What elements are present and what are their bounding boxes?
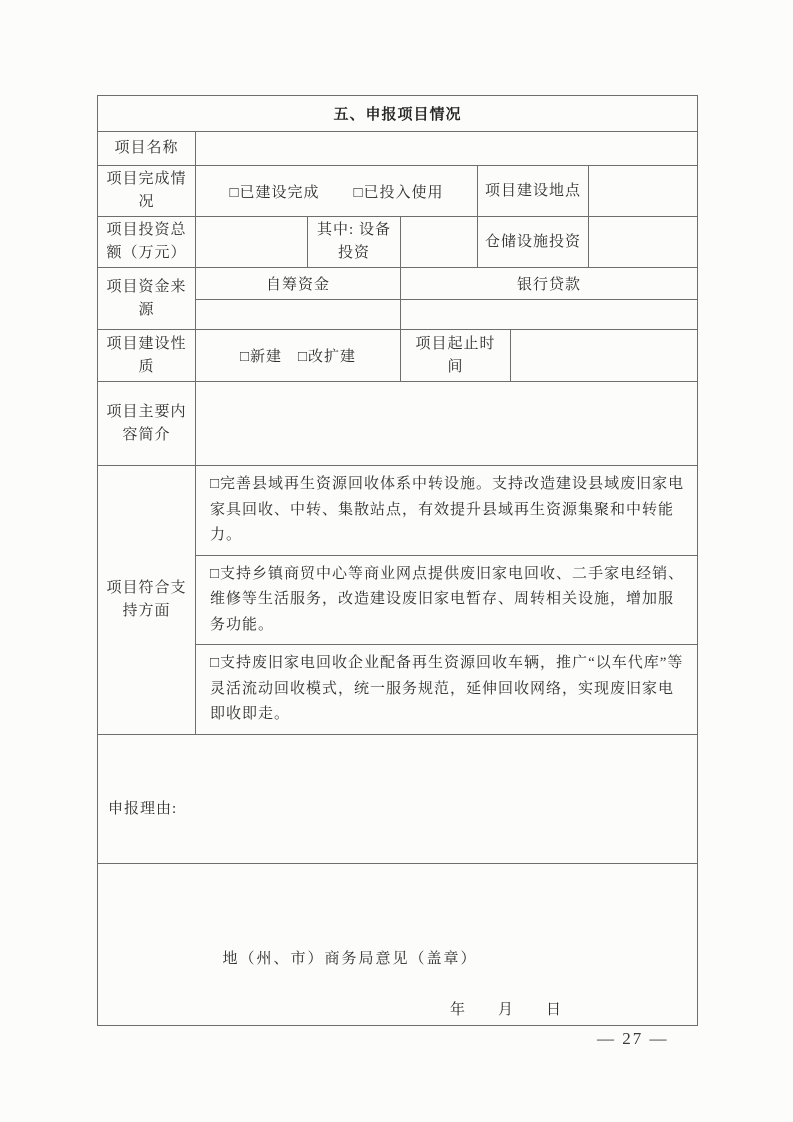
self-raised-funds-header: 自筹资金 — [196, 268, 401, 300]
total-investment-label: 项目投资总额（万元） — [98, 217, 196, 268]
application-reason-cell: 申报理由: — [98, 734, 698, 863]
project-period-field — [511, 330, 698, 382]
completion-options-cell: □已建设完成 □已投入使用 — [196, 166, 478, 217]
application-form-table: 五、申报项目情况 项目名称 项目完成情况 □已建设完成 □已投入使用 项目建设地… — [97, 95, 698, 1026]
scanned-form-page: 五、申报项目情况 项目名称 项目完成情况 □已建设完成 □已投入使用 项目建设地… — [0, 0, 793, 1122]
bureau-opinion-cell: 地（州、市）商务局意见（盖章） 年 月 日 — [98, 863, 698, 1025]
main-content-summary-label: 项目主要内容简介 — [98, 382, 196, 466]
storage-investment-label: 仓储设施投资 — [478, 217, 589, 268]
main-content-summary-field — [196, 382, 698, 466]
checkbox-in-use: □已投入使用 — [354, 181, 444, 202]
project-period-label: 项目起止时间 — [401, 330, 511, 382]
project-name-label: 项目名称 — [98, 132, 196, 166]
nature-options: □新建 □改扩建 — [196, 345, 400, 366]
form-section-title: 五、申报项目情况 — [98, 96, 698, 132]
page-number: — 27 — — [597, 1029, 669, 1049]
nature-options-cell: □新建 □改扩建 — [196, 330, 401, 382]
construction-location-field — [589, 166, 698, 217]
total-investment-field — [196, 217, 308, 268]
construction-location-label: 项目建设地点 — [478, 166, 589, 217]
bank-loan-field — [401, 300, 698, 330]
checkbox-new-build: □新建 — [240, 345, 282, 366]
bureau-opinion-label: 地（州、市）商务局意见（盖章） — [98, 920, 697, 968]
application-reason-label: 申报理由: — [108, 801, 177, 817]
support-aspects-label: 项目符合支持方面 — [98, 466, 196, 735]
equipment-investment-label: 其中: 设备投资 — [308, 217, 401, 268]
support-option-recycling-vehicles: □支持废旧家电回收企业配备再生资源回收车辆，推广“以车代库”等灵活流动回收模式，… — [196, 645, 698, 735]
completion-options: □已建设完成 □已投入使用 — [196, 181, 477, 202]
funding-source-label: 项目资金来源 — [98, 268, 196, 330]
self-raised-funds-field — [196, 300, 401, 330]
checkbox-renovate-expand: □改扩建 — [298, 345, 356, 366]
storage-investment-field — [589, 217, 698, 268]
completion-status-label: 项目完成情况 — [98, 166, 196, 217]
bank-loan-header: 银行贷款 — [401, 268, 698, 300]
project-name-field — [196, 132, 698, 166]
checkbox-built-complete: □已建设完成 — [229, 181, 319, 202]
support-option-transfer-facilities: □完善县域再生资源回收体系中转设施。支持改造建设县域废旧家电家具回收、中转、集散… — [196, 466, 698, 556]
date-signature-line: 年 月 日 — [450, 998, 562, 1019]
support-option-township-commerce: □支持乡镇商贸中心等商业网点提供废旧家电回收、二手家电经销、维修等生活服务，改造… — [196, 555, 698, 645]
construction-nature-label: 项目建设性质 — [98, 330, 196, 382]
equipment-investment-field — [401, 217, 478, 268]
